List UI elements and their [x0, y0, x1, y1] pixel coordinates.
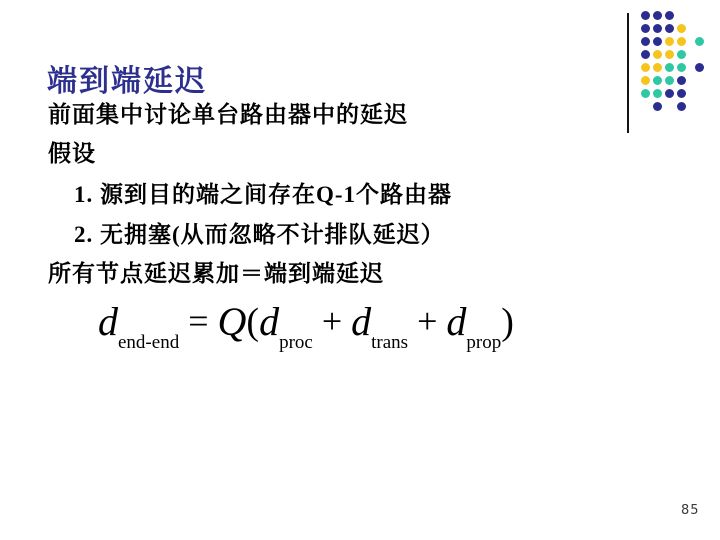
formula-sub-endend: end-end	[118, 332, 179, 353]
decorative-dot	[677, 37, 686, 46]
formula-sub-trans: trans	[371, 332, 408, 353]
decorative-dot	[653, 63, 662, 72]
body-line-assumptions: 假设	[48, 140, 96, 167]
formula-var-d: d	[259, 299, 279, 344]
decorative-dot	[641, 89, 650, 98]
formula-var-d: d	[98, 299, 118, 344]
decorative-dot	[665, 63, 674, 72]
decorative-dot	[653, 89, 662, 98]
formula-var-q: Q	[218, 299, 247, 344]
decorative-dot	[641, 37, 650, 46]
formula-sub-proc: proc	[279, 332, 313, 353]
decorative-dot	[677, 102, 686, 111]
formula-open-paren: (	[246, 301, 259, 343]
decorative-dot	[665, 76, 674, 85]
formula-var-d: d	[446, 299, 466, 344]
decorative-dot	[665, 89, 674, 98]
decorative-dot	[695, 63, 704, 72]
formula-var-d: d	[351, 299, 371, 344]
decorative-dot	[665, 11, 674, 20]
decorative-dot	[641, 76, 650, 85]
slide-title: 端到端延迟	[47, 64, 207, 100]
decorative-dot	[665, 37, 674, 46]
presentation-slide: 端到端延迟 前面集中讨论单台路由器中的延迟 假设 1. 源到目的端之间存在Q-1…	[0, 0, 720, 540]
decorative-dot	[665, 50, 674, 59]
decorative-dot	[677, 89, 686, 98]
decorative-dot	[665, 24, 674, 33]
decorative-dot	[677, 50, 686, 59]
decorative-dot	[641, 63, 650, 72]
decorative-dot	[653, 102, 662, 111]
decorative-dot	[641, 50, 650, 59]
page-number: 85	[681, 503, 700, 518]
decorative-dot	[653, 76, 662, 85]
formula-close-paren: )	[501, 301, 514, 343]
assumption-item-2: 2. 无拥塞(从而忽略不计排队延迟）	[74, 221, 445, 248]
formula-plus: +	[322, 301, 342, 341]
decorative-dot	[641, 11, 650, 20]
body-line-conclusion: 所有节点延迟累加＝端到端延迟	[48, 260, 384, 287]
formula-sub-prop: prop	[466, 332, 501, 353]
decorative-dot	[653, 24, 662, 33]
assumption-item-1: 1. 源到目的端之间存在Q-1个路由器	[74, 181, 452, 208]
decorative-dot	[641, 24, 650, 33]
corner-divider-line	[627, 13, 629, 133]
decorative-dot	[677, 63, 686, 72]
decorative-dot	[653, 50, 662, 59]
formula-equals: =	[188, 301, 208, 341]
body-line-intro: 前面集中讨论单台路由器中的延迟	[48, 101, 408, 128]
decorative-dot	[695, 37, 704, 46]
end-to-end-delay-formula: dend-end=Q(dproc+dtrans+dprop)	[98, 298, 514, 354]
decorative-dot	[653, 11, 662, 20]
decorative-dot	[677, 76, 686, 85]
decorative-dot	[677, 24, 686, 33]
decorative-dot	[653, 37, 662, 46]
formula-plus: +	[417, 301, 437, 341]
